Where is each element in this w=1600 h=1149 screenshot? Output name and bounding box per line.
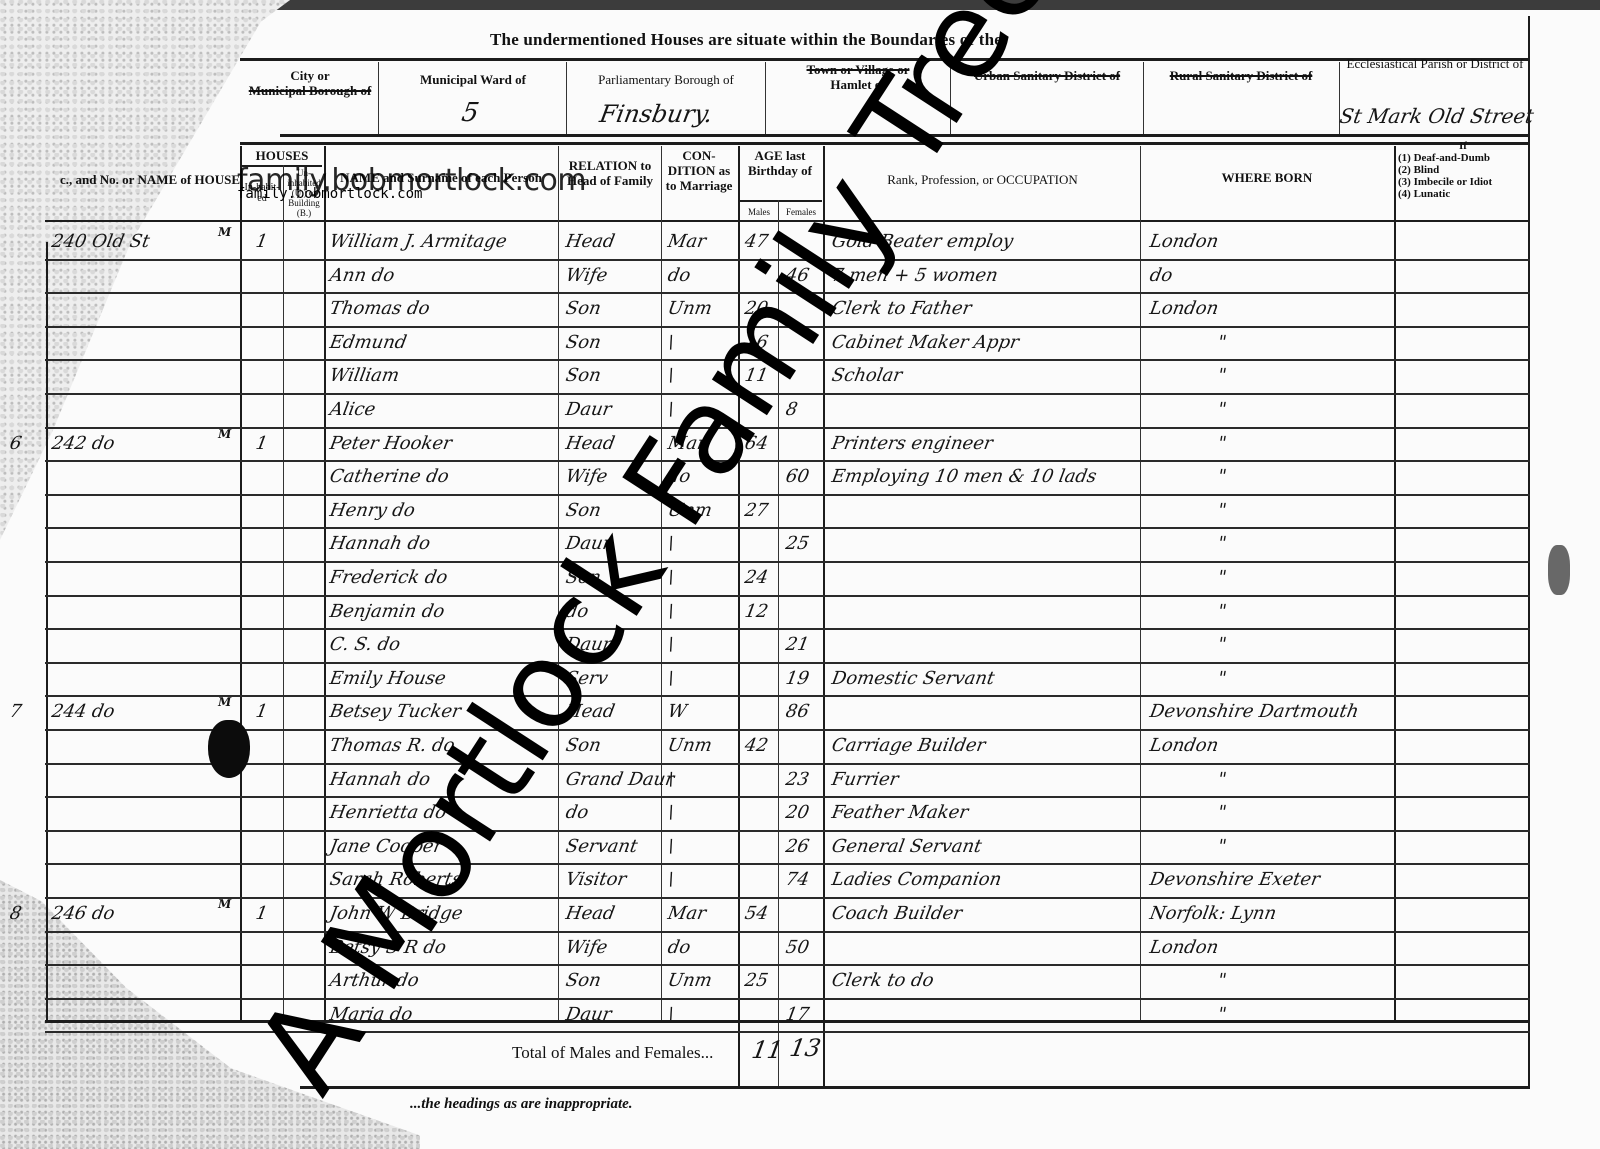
total-females: 13 xyxy=(788,1034,823,1062)
person-name: Alice xyxy=(328,399,377,420)
condition-cell: Mar xyxy=(666,231,707,252)
relation-cell: Servant xyxy=(564,836,639,857)
female-age: 19 xyxy=(784,668,811,689)
condition-cell: do xyxy=(666,265,692,286)
row-rule xyxy=(45,561,1530,563)
street-header-text: ROAD, STREET, &c., and No. or NAME of HO… xyxy=(60,172,240,187)
occupation-cell: Domestic Servant xyxy=(830,668,996,689)
person-name: William xyxy=(328,365,401,386)
occupation-cell: Scholar xyxy=(830,365,904,386)
parliamentary-borough-value: Finsbury. xyxy=(598,100,715,128)
male-age: 24 xyxy=(743,567,770,588)
birthplace-cell: " xyxy=(1216,970,1228,991)
birthplace-cell: " xyxy=(1216,332,1228,353)
divider xyxy=(1394,146,1396,1021)
total-males: 11 xyxy=(750,1036,785,1064)
birthplace-cell: London xyxy=(1148,298,1220,319)
houses-header: HOUSES xyxy=(242,148,322,163)
relation-cell: Daur xyxy=(564,399,613,420)
census-page: The undermentioned Houses are situate wi… xyxy=(0,0,1600,1149)
row-rule xyxy=(45,964,1530,966)
occupation-cell: Coach Builder xyxy=(830,903,964,924)
condition-cell: \ xyxy=(666,668,676,689)
relation-cell: Head xyxy=(564,231,616,252)
female-age: 86 xyxy=(784,701,811,722)
address-cell: 242 do xyxy=(50,433,116,454)
condition-cell: do xyxy=(666,937,692,958)
row-rule xyxy=(45,628,1530,630)
ecclesiastical-parish-label: Ecclesiastical Parish or District of xyxy=(1345,56,1525,71)
occupation-cell: Cabinet Maker Appr xyxy=(830,332,1020,353)
birthplace-cell: " xyxy=(1216,802,1228,823)
condition-cell: \ xyxy=(666,802,676,823)
relation-cell: Son xyxy=(564,298,602,319)
birthplace-cell: " xyxy=(1216,466,1228,487)
birthplace-cell: London xyxy=(1148,937,1220,958)
row-rule xyxy=(45,796,1530,798)
row-rule xyxy=(45,931,1530,933)
condition-header: CON-DITION as to Marriage xyxy=(663,148,735,193)
condition-cell: \ xyxy=(666,332,676,353)
row-rule xyxy=(45,595,1530,597)
birthplace-cell: London xyxy=(1148,735,1220,756)
occupation-cell: Carriage Builder xyxy=(830,735,987,756)
birthplace-cell: do xyxy=(1148,265,1174,286)
male-age: 25 xyxy=(743,970,770,991)
row-rule xyxy=(45,729,1530,731)
house-mark: M xyxy=(217,225,233,239)
row-rule xyxy=(45,494,1530,496)
person-name: Ann do xyxy=(328,265,396,286)
address-cell: 244 do xyxy=(50,701,116,722)
condition-cell: Mar xyxy=(666,903,707,924)
occupation-cell: Printers engineer xyxy=(830,433,994,454)
infirmity-3: (3) Imbecile or Idiot xyxy=(1398,176,1528,188)
person-name: Henry do xyxy=(328,500,416,521)
row-rule xyxy=(45,695,1530,697)
male-age: 12 xyxy=(743,601,770,622)
rural-sanitary-label: Rural Sanitary District of xyxy=(1145,68,1337,83)
municipal-ward-value: 5 xyxy=(459,98,481,128)
divider xyxy=(378,62,379,134)
female-age: 60 xyxy=(784,466,811,487)
birthplace-cell: " xyxy=(1216,433,1228,454)
house-mark: M xyxy=(217,695,233,709)
female-age: 23 xyxy=(784,769,811,790)
male-age: 42 xyxy=(743,735,770,756)
address-cell: 246 do xyxy=(50,903,116,924)
relation-cell: Visitor xyxy=(564,869,628,890)
birthplace-cell: Devonshire Exeter xyxy=(1148,869,1321,890)
row-rule xyxy=(45,830,1530,832)
female-age: 50 xyxy=(784,937,811,958)
person-name: Emily House xyxy=(328,668,447,689)
birthplace-cell: " xyxy=(1216,601,1228,622)
divider xyxy=(240,146,242,1021)
divider xyxy=(765,62,766,134)
birthplace-cell: " xyxy=(1216,365,1228,386)
infirmity-1: (1) Deaf-and-Dumb xyxy=(1398,152,1528,164)
ink-blot xyxy=(208,720,250,778)
parliamentary-borough-label: Parliamentary Borough of xyxy=(568,72,764,87)
row-rule xyxy=(45,662,1530,664)
birthplace-cell: " xyxy=(1216,836,1228,857)
house-mark: M xyxy=(217,427,233,441)
municipal-borough-label-struck: Municipal Borough of xyxy=(245,83,375,98)
municipal-ward-label: Municipal Ward of xyxy=(380,72,566,87)
relation-cell: Son xyxy=(564,332,602,353)
row-rule xyxy=(45,897,1530,899)
relation-cell: Son xyxy=(564,970,602,991)
footer-note: ...the headings as are inappropriate. xyxy=(410,1096,633,1113)
person-name: Hannah do xyxy=(328,533,432,554)
divider xyxy=(1528,16,1530,1088)
person-name: Benjamin do xyxy=(328,601,446,622)
inhabited-count: 1 xyxy=(254,231,269,252)
boundary-city-label: City or Municipal Borough of xyxy=(245,68,375,98)
address-cell: 240 Old St xyxy=(50,231,151,252)
birthplace-cell: " xyxy=(1216,567,1228,588)
infirmity-4: (4) Lunatic xyxy=(1398,188,1528,200)
city-label: City or xyxy=(245,68,375,83)
relation-cell: do xyxy=(564,802,590,823)
relation-cell: Head xyxy=(564,433,616,454)
birthplace-cell: Norfolk: Lynn xyxy=(1148,903,1278,924)
relation-cell: Son xyxy=(564,365,602,386)
divider xyxy=(1143,62,1144,134)
female-age: 20 xyxy=(784,802,811,823)
birthplace-cell: London xyxy=(1148,231,1220,252)
male-age: 54 xyxy=(743,903,770,924)
birthplace-cell: " xyxy=(1216,533,1228,554)
person-name: C. S. do xyxy=(328,634,402,655)
person-name: Thomas do xyxy=(328,298,431,319)
occupation-cell: Clerk to do xyxy=(830,970,935,991)
condition-cell: Unm xyxy=(666,735,714,756)
condition-cell: Unm xyxy=(666,970,714,991)
female-age: 26 xyxy=(784,836,811,857)
birthplace-cell: Devonshire Dartmouth xyxy=(1148,701,1360,722)
totals-label: Total of Males and Females... xyxy=(512,1043,713,1063)
male-age: 27 xyxy=(743,500,770,521)
person-name: Frederick do xyxy=(328,567,449,588)
row-rule xyxy=(45,763,1530,765)
relation-cell: Wife xyxy=(564,937,609,958)
birthplace-cell: " xyxy=(1216,769,1228,790)
occupation-cell: Furrier xyxy=(830,769,900,790)
divider xyxy=(1140,146,1141,1021)
row-rule xyxy=(45,460,1530,462)
relation-cell: Wife xyxy=(564,265,609,286)
condition-cell: \ xyxy=(666,869,676,890)
inhabited-count: 1 xyxy=(254,433,269,454)
relation-cell: Head xyxy=(564,903,616,924)
divider xyxy=(566,62,567,134)
house-mark: M xyxy=(217,897,233,911)
female-age: 21 xyxy=(784,634,811,655)
person-name: Catherine do xyxy=(328,466,450,487)
occupation-cell: General Servant xyxy=(830,836,983,857)
row-rule xyxy=(45,863,1530,865)
condition-cell: \ xyxy=(666,634,676,655)
inhabited-count: 1 xyxy=(254,903,269,924)
birthplace-cell: " xyxy=(1216,500,1228,521)
person-name: William J. Armitage xyxy=(328,231,508,252)
female-age: 74 xyxy=(784,869,811,890)
female-age: 25 xyxy=(784,533,811,554)
ecclesiastical-parish-value: St Mark Old Street xyxy=(1338,104,1536,128)
paper-damage xyxy=(1548,545,1570,595)
condition-cell: W xyxy=(666,701,688,722)
person-name: Edmund xyxy=(328,332,408,353)
row-rule xyxy=(45,527,1530,529)
birthplace-cell: " xyxy=(1216,668,1228,689)
person-name: Peter Hooker xyxy=(328,433,453,454)
birthplace-cell: " xyxy=(1216,634,1228,655)
divider xyxy=(324,146,326,1021)
infirmity-header: If (1) Deaf-and-Dumb (2) Blind (3) Imbec… xyxy=(1398,140,1528,200)
condition-cell: \ xyxy=(666,836,676,857)
occupation-cell: Employing 10 men & 10 lads xyxy=(830,466,1098,487)
infirmity-2: (2) Blind xyxy=(1398,164,1528,176)
birthplace-cell: " xyxy=(1216,399,1228,420)
schedule-number: 7 xyxy=(8,701,23,722)
rule xyxy=(300,1086,1530,1089)
watermark-site-small: family.bobmortlock.com xyxy=(237,186,422,202)
where-born-header: WHERE BORN xyxy=(1142,170,1392,185)
infirmity-title: If xyxy=(1398,140,1528,152)
relation-cell: Grand Daur xyxy=(564,769,676,790)
occupation-cell: Ladies Companion xyxy=(830,869,1003,890)
occupation-cell: Feather Maker xyxy=(830,802,970,823)
street-column-header: ROAD, STREET, &c., and No. or NAME of HO… xyxy=(60,172,240,190)
inhabited-count: 1 xyxy=(254,701,269,722)
